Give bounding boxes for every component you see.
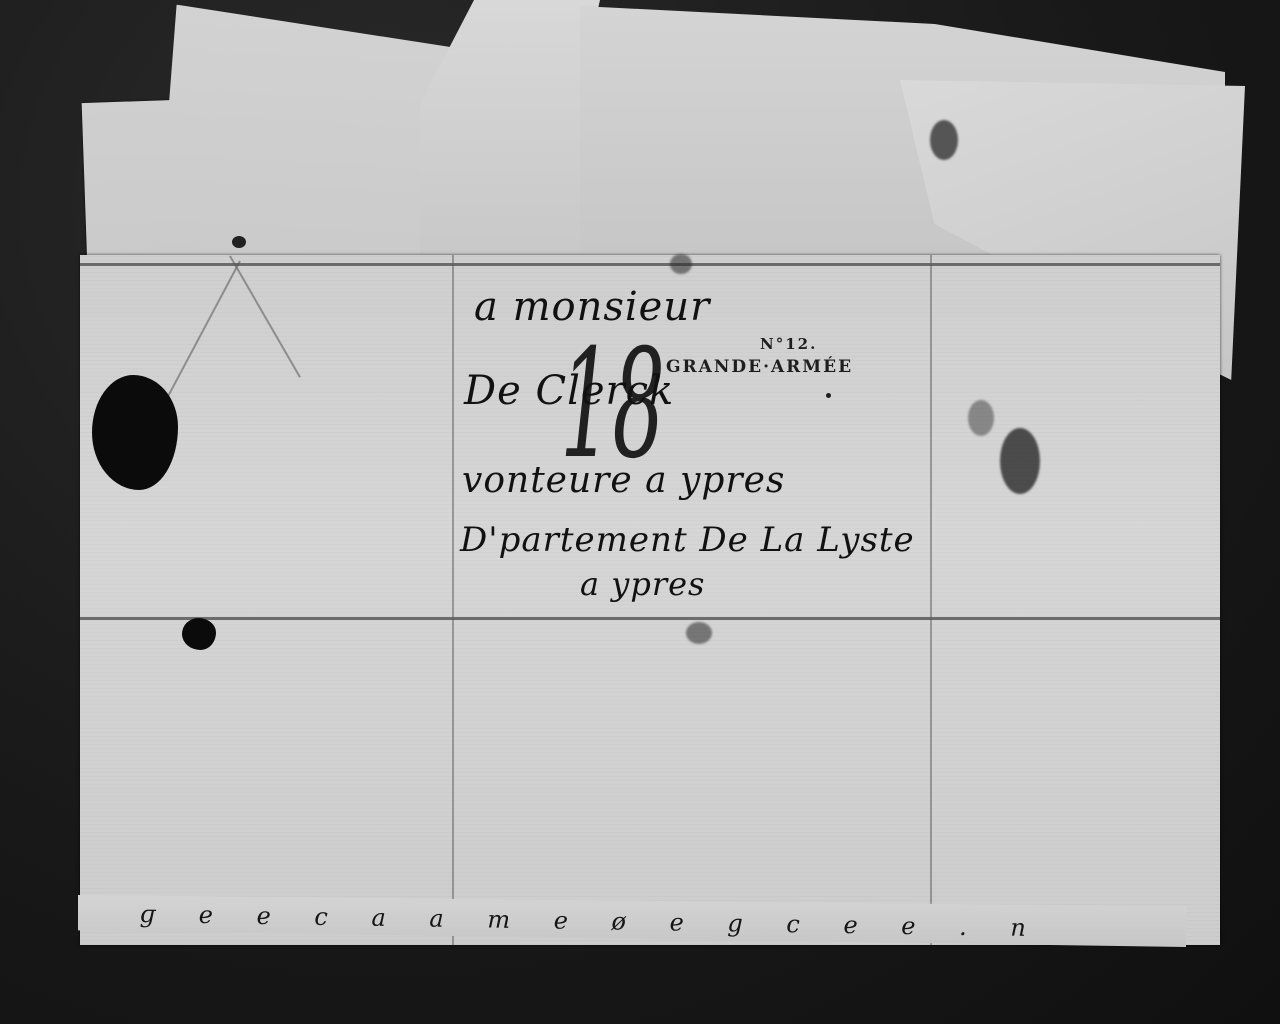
ink-spot bbox=[232, 236, 246, 248]
stain bbox=[686, 622, 712, 644]
fold-line-middle bbox=[80, 617, 1220, 620]
handwritten-postage-due-mark: 18 bbox=[560, 330, 665, 480]
fold-line-top bbox=[80, 263, 1220, 266]
stain bbox=[1000, 428, 1040, 494]
crease-mark bbox=[229, 256, 301, 378]
stain bbox=[670, 254, 692, 274]
wax-seal-fragment bbox=[182, 618, 216, 650]
stamp-name: GRANDE·ARMÉE bbox=[666, 357, 853, 377]
wax-seal bbox=[92, 375, 178, 490]
address-line-city: a ypres bbox=[580, 565, 705, 603]
address-line-department: D'partement De La Lyste bbox=[460, 520, 915, 560]
fold-line-left bbox=[452, 255, 454, 945]
fold-line-right bbox=[930, 255, 932, 945]
stamp-number: N°12. bbox=[760, 335, 817, 353]
ink-mark bbox=[930, 120, 958, 160]
stamp-dot bbox=[826, 393, 831, 398]
stain bbox=[968, 400, 994, 436]
